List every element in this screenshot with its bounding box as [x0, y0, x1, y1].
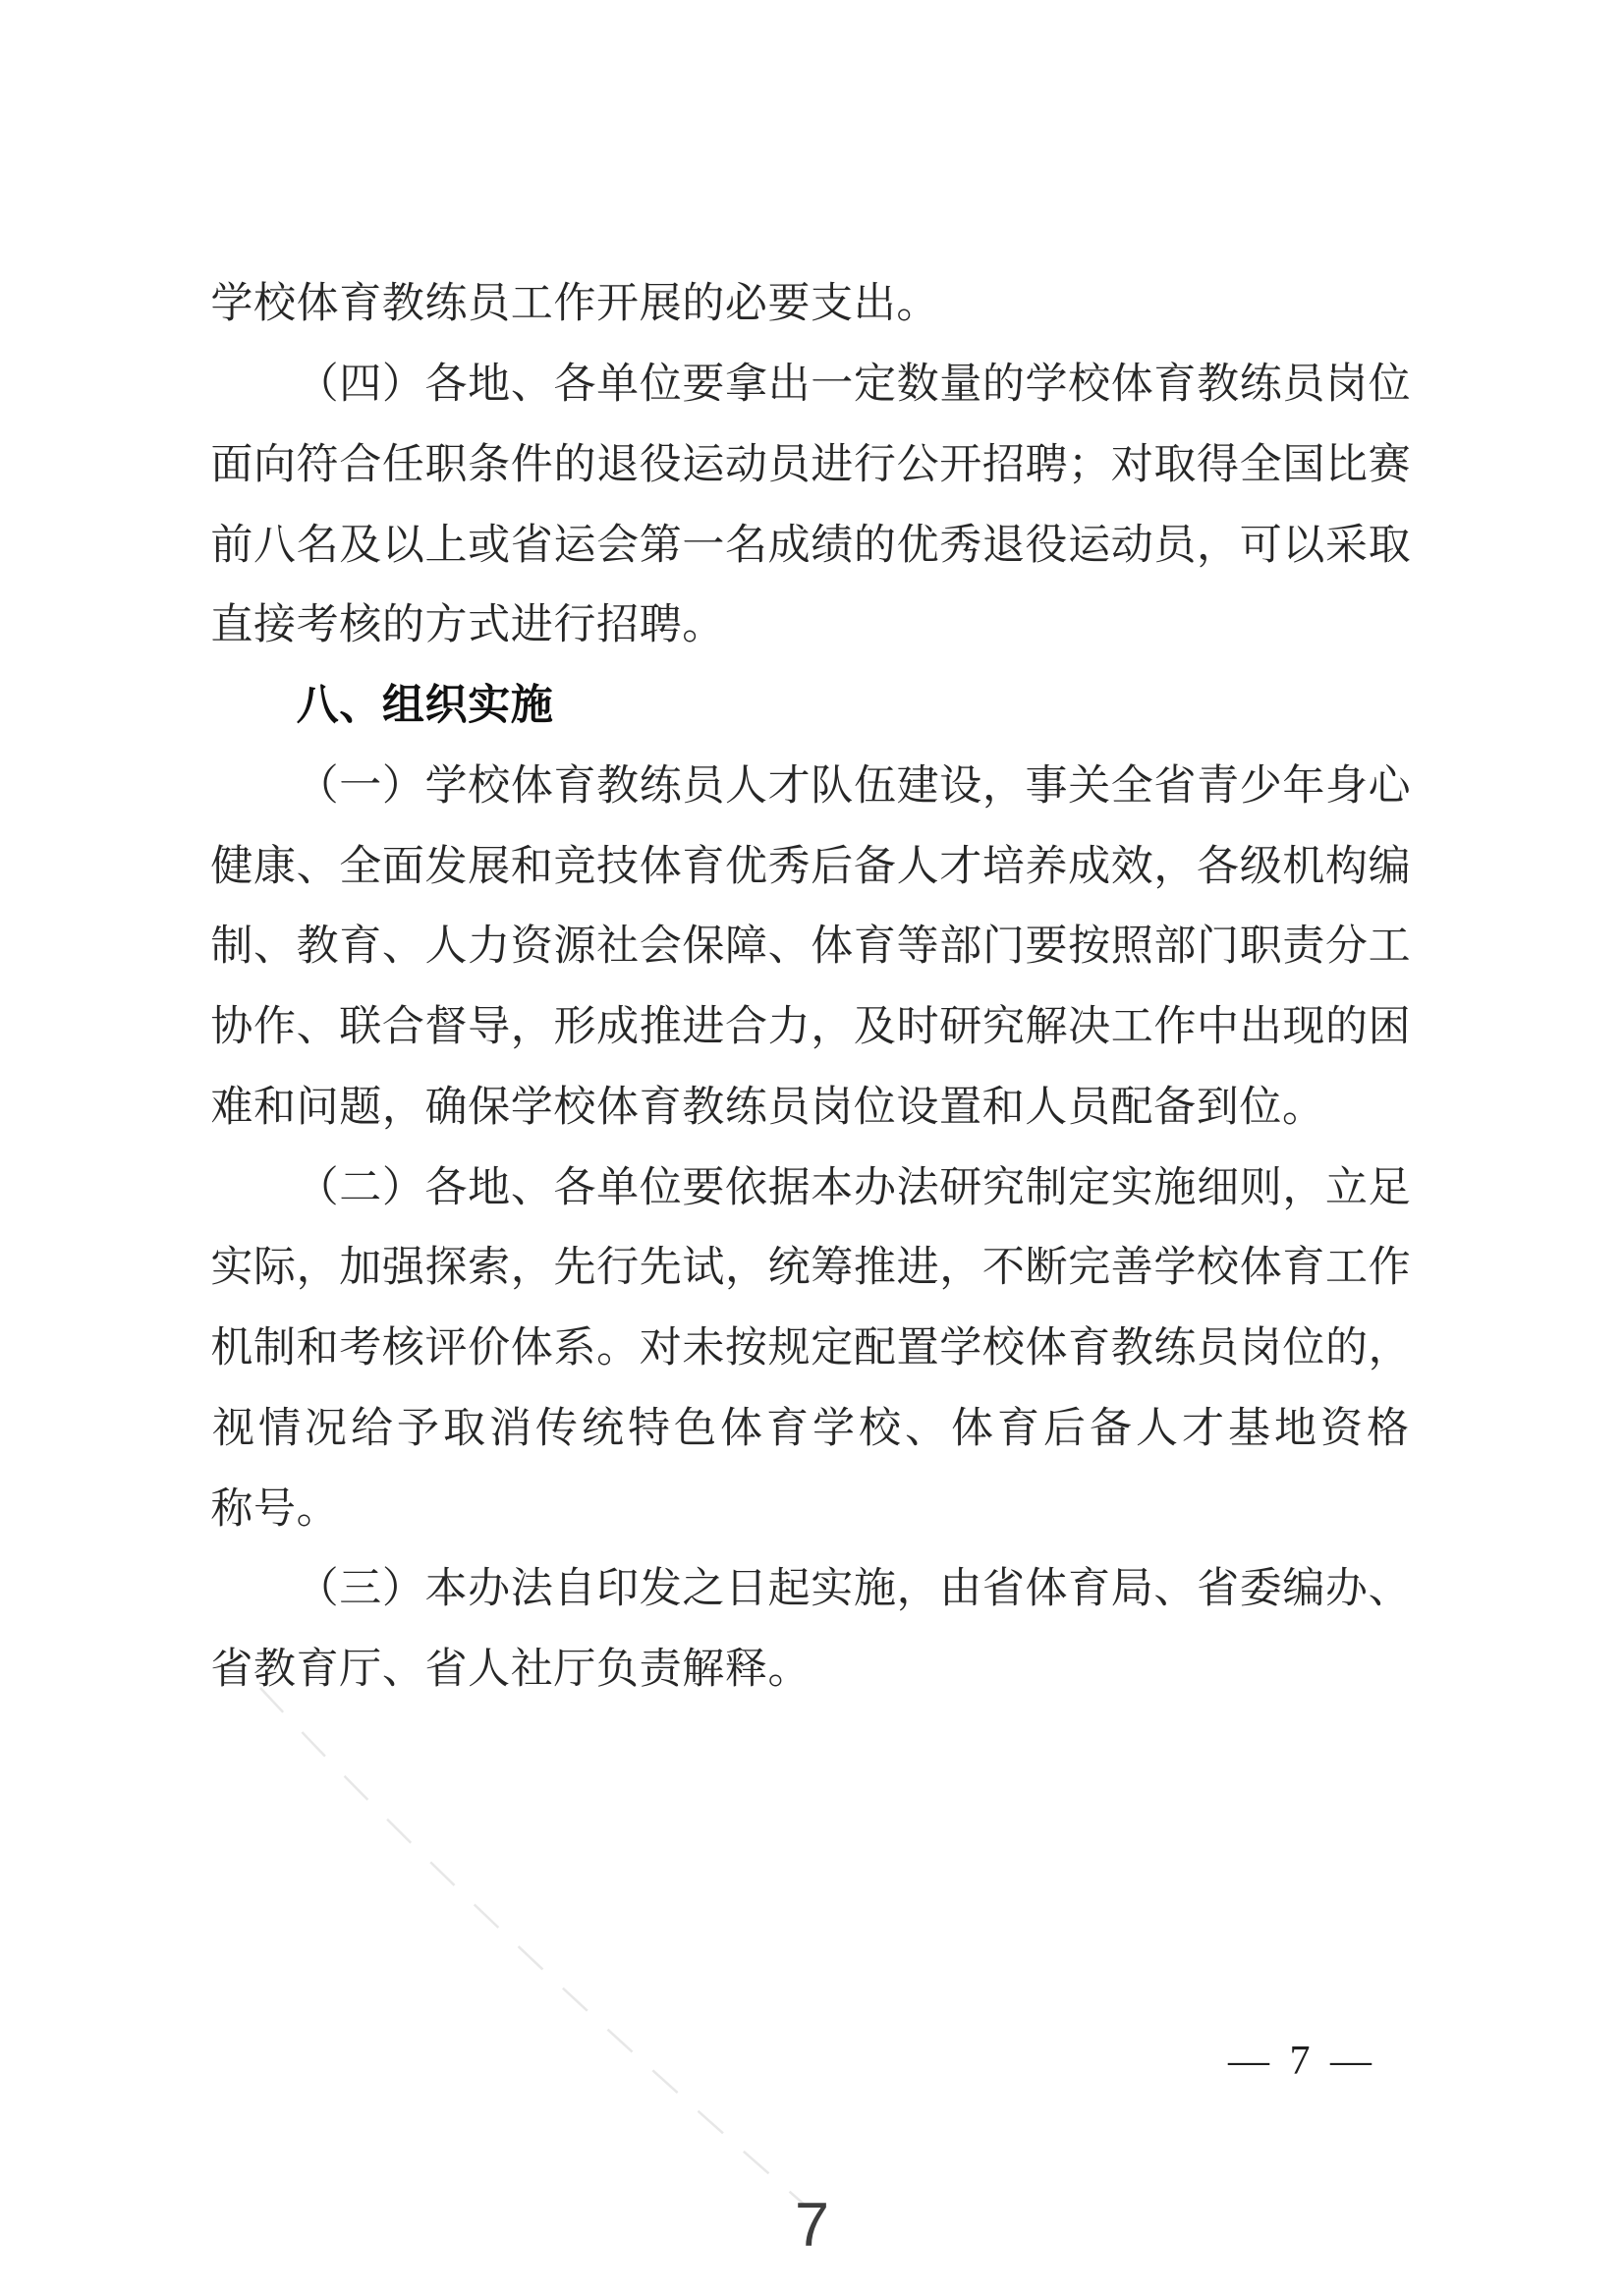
text-line: （四）各地、各单位要拿出一定数量的学校体育教练员岗位	[210, 345, 1411, 425]
text-line: 直接考核的方式进行招聘。	[210, 586, 1411, 666]
text-line: 省教育厅、省人社厅负责解释。	[210, 1630, 1411, 1710]
text-line: 实际，加强探索，先行先试，统筹推进，不断完善学校体育工作	[210, 1228, 1411, 1309]
text-line: 机制和考核评价体系。对未按规定配置学校体育教练员岗位的，	[210, 1309, 1411, 1389]
text-line: 制、教育、人力资源社会保障、体育等部门要按照部门职责分工	[210, 907, 1411, 987]
page-number-footer: — 7 —	[1228, 2038, 1376, 2085]
text-line: 面向符合任职条件的退役运动员进行公开招聘；对取得全国比赛	[210, 425, 1411, 506]
document-text-block: 学校体育教练员工作开展的必要支出。（四）各地、各单位要拿出一定数量的学校体育教练…	[210, 264, 1411, 1710]
text-line: 健康、全面发展和竞技体育优秀后备人才培养成效，各级机构编	[210, 826, 1411, 907]
text-line: 学校体育教练员工作开展的必要支出。	[210, 264, 1411, 345]
text-line: 前八名及以上或省运会第一名成绩的优秀退役运动员，可以采取	[210, 505, 1411, 586]
viewer-page-number: 7	[795, 2195, 829, 2257]
text-line: （一）学校体育教练员人才队伍建设，事关全省青少年身心	[210, 747, 1411, 827]
text-line: 视情况给予取消传统特色体育学校、体育后备人才基地资格	[210, 1389, 1411, 1470]
text-line: 称号。	[210, 1469, 1411, 1549]
text-line: （二）各地、各单位要依据本办法研究制定实施细则，立足	[210, 1148, 1411, 1228]
document-page: 学校体育教练员工作开展的必要支出。（四）各地、各单位要拿出一定数量的学校体育教练…	[0, 0, 1624, 2296]
section-heading: 八、组织实施	[210, 666, 1411, 747]
text-line: 协作、联合督导，形成推进合力，及时研究解决工作中出现的困	[210, 987, 1411, 1068]
text-line: 难和问题，确保学校体育教练员岗位设置和人员配备到位。	[210, 1068, 1411, 1148]
text-line: （三）本办法自印发之日起实施，由省体育局、省委编办、	[210, 1549, 1411, 1630]
